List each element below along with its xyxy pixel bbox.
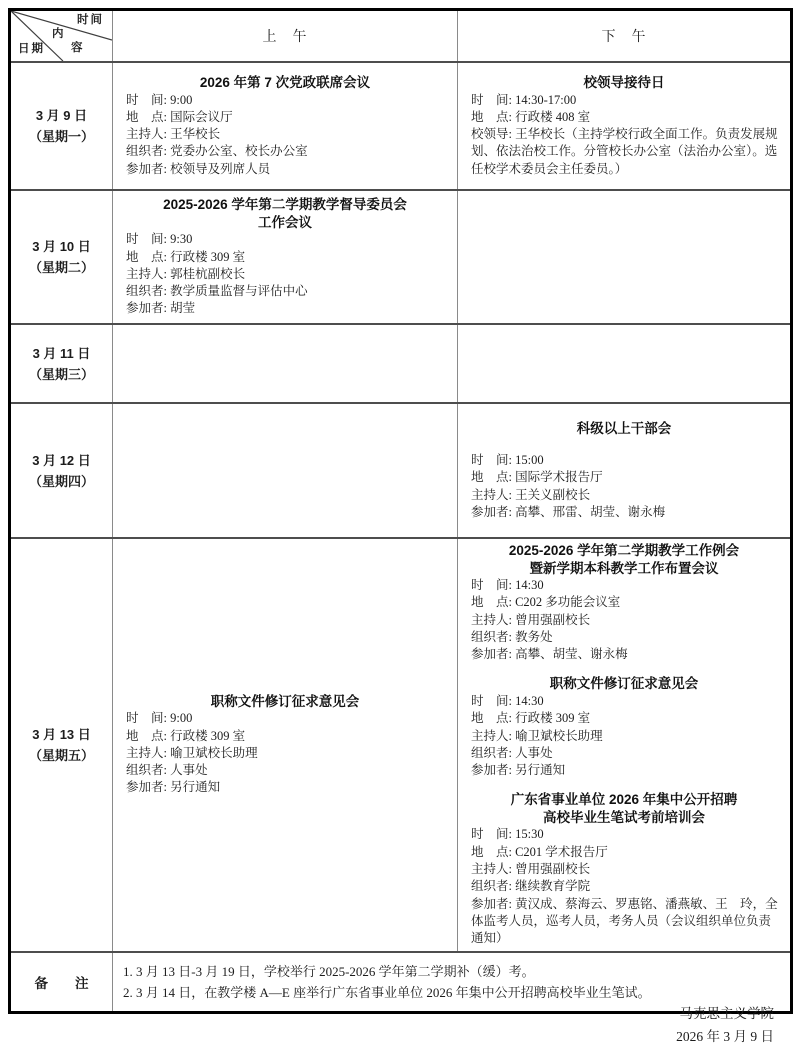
meeting-detail-line: 时 间: 14:30: [462, 693, 786, 710]
cell-content: 科级以上干部会时 间: 15:00地 点: 国际学术报告厅主持人: 王关义副校长…: [458, 417, 790, 525]
corner-label-date: 日期: [18, 43, 45, 56]
meeting-block: 职称文件修订征求意见会时 间: 14:30地 点: 行政楼 309 室主持人: …: [462, 675, 786, 779]
meeting-detail-line: 组织者: 继续教育学院: [462, 878, 786, 895]
meeting-detail-line: 时 间: 9:30: [117, 231, 453, 248]
date-line: （星期一）: [11, 126, 112, 147]
cell-content: [113, 361, 457, 367]
corner-label-time: 时间: [77, 14, 104, 27]
cell-content: [458, 254, 790, 260]
table-row: 3 月 10 日（星期二）2025-2026 学年第二学期教学督导委员会工作会议…: [10, 190, 792, 324]
afternoon-cell: 校领导接待日时 间: 14:30-17:00地 点: 行政楼 408 室校领导:…: [458, 62, 792, 190]
meeting-detail-line: 参加者: 校领导及列席人员: [117, 161, 453, 178]
meeting-block: 2026 年第 7 次党政联席会议时 间: 9:00地 点: 国际会议厅主持人:…: [117, 74, 453, 178]
meeting-block: 2025-2026 学年第二学期教学督导委员会工作会议时 间: 9:30地 点:…: [117, 196, 453, 317]
date-line: 3 月 12 日: [11, 450, 112, 471]
meeting-block: 职称文件修订征求意见会时 间: 9:00地 点: 行政楼 309 室主持人: 喻…: [117, 693, 453, 797]
date-line: 3 月 13 日: [11, 724, 112, 745]
afternoon-cell: 科级以上干部会时 间: 15:00地 点: 国际学术报告厅主持人: 王关义副校长…: [458, 403, 792, 538]
table-row: 3 月 12 日（星期四）科级以上干部会时 间: 15:00地 点: 国际学术报…: [10, 403, 792, 538]
meeting-detail-line: 组织者: 人事处: [117, 762, 453, 779]
meeting-block: 广东省事业单位 2026 年集中公开招聘高校毕业生笔试考前培训会时 间: 15:…: [462, 791, 786, 947]
meeting-detail-line: 组织者: 党委办公室、校长办公室: [117, 143, 453, 160]
meeting-block: 2025-2026 学年第二学期教学工作例会暨新学期本科教学工作布置会议时 间:…: [462, 542, 786, 663]
meeting-title: 职称文件修订征求意见会: [462, 675, 786, 693]
cell-content: 2026 年第 7 次党政联席会议时 间: 9:00地 点: 国际会议厅主持人:…: [113, 71, 457, 181]
meeting-detail-line: 地 点: 国际学术报告厅: [462, 469, 786, 486]
meeting-title: 2026 年第 7 次党政联席会议: [117, 74, 453, 92]
date-cell: 3 月 10 日（星期二）: [10, 190, 113, 324]
meeting-detail-line: 组织者: 人事处: [462, 745, 786, 762]
corner-cell: 时间 内 容 日期: [10, 10, 113, 63]
meeting-detail-line: 地 点: 行政楼 309 室: [117, 728, 453, 745]
morning-cell: 职称文件修订征求意见会时 间: 9:00地 点: 行政楼 309 室主持人: 喻…: [113, 538, 458, 952]
morning-cell: [113, 324, 458, 403]
meeting-detail-line: 主持人: 曾用强副校长: [462, 612, 786, 629]
header-row: 时间 内 容 日期 上 午 下 午: [10, 10, 792, 63]
meeting-title: 校领导接待日: [462, 74, 786, 92]
meeting-detail-line: 地 点: 行政楼 408 室: [462, 109, 786, 126]
morning-cell: [113, 403, 458, 538]
date-line: 3 月 9 日: [11, 105, 112, 126]
meeting-detail-line: 校领导: 王华校长（主持学校行政全面工作。负责发展规划、依法治校工作。分管校长办…: [462, 126, 786, 178]
corner-label-content-top: 内: [52, 28, 64, 41]
meeting-title: 2025-2026 学年第二学期教学工作例会: [462, 542, 786, 560]
meeting-detail-line: 组织者: 教务处: [462, 629, 786, 646]
table-row: 3 月 13 日（星期五）职称文件修订征求意见会时 间: 9:00地 点: 行政…: [10, 538, 792, 952]
meeting-detail-line: 时 间: 14:30-17:00: [462, 92, 786, 109]
notes-lines: 1. 3 月 13 日-3 月 19 日，学校举行 2025-2026 学年第二…: [113, 957, 790, 1007]
cell-content: 职称文件修订征求意见会时 间: 9:00地 点: 行政楼 309 室主持人: 喻…: [113, 690, 457, 800]
afternoon-cell: [458, 324, 792, 403]
cell-content: 2025-2026 学年第二学期教学督导委员会工作会议时 间: 9:30地 点:…: [113, 193, 457, 320]
meeting-title: 科级以上干部会: [462, 420, 786, 438]
column-header-afternoon: 下 午: [458, 10, 792, 63]
date-line: （星期四）: [11, 471, 112, 492]
meeting-detail-line: 参加者: 黄汉成、蔡海云、罗惠铭、潘燕敏、王 玲，全体监考人员，巡考人员，考务人…: [462, 896, 786, 948]
schedule-body: 3 月 9 日（星期一）2026 年第 7 次党政联席会议时 间: 9:00地 …: [10, 62, 792, 952]
meeting-detail-line: 参加者: 胡莹: [117, 300, 453, 317]
meeting-detail-line: 地 点: 行政楼 309 室: [117, 249, 453, 266]
date-line: （星期五）: [11, 745, 112, 766]
meeting-detail-line: 主持人: 曾用强副校长: [462, 861, 786, 878]
meeting-block: 校领导接待日时 间: 14:30-17:00地 点: 行政楼 408 室校领导:…: [462, 74, 786, 178]
date-cell: 3 月 12 日（星期四）: [10, 403, 113, 538]
note-line: 1. 3 月 13 日-3 月 19 日，学校举行 2025-2026 学年第二…: [123, 961, 780, 982]
meeting-title: 高校毕业生笔试考前培训会: [462, 809, 786, 827]
cell-content: [458, 361, 790, 367]
date-cell: 3 月 9 日（星期一）: [10, 62, 113, 190]
morning-cell: 2025-2026 学年第二学期教学督导委员会工作会议时 间: 9:30地 点:…: [113, 190, 458, 324]
meeting-detail-line: 地 点: 行政楼 309 室: [462, 710, 786, 727]
corner-label-content-bottom: 容: [71, 42, 83, 55]
meeting-detail-line: 时 间: 9:00: [117, 710, 453, 727]
date-cell: 3 月 11 日（星期三）: [10, 324, 113, 403]
meeting-detail-line: 参加者: 高攀、胡莹、谢永梅: [462, 646, 786, 663]
meeting-detail-line: 主持人: 王华校长: [117, 126, 453, 143]
meeting-detail-line: 时 间: 15:30: [462, 826, 786, 843]
meeting-detail-line: 主持人: 郭桂杭副校长: [117, 266, 453, 283]
cell-content: 2025-2026 学年第二学期教学工作例会暨新学期本科教学工作布置会议时 间:…: [458, 539, 790, 951]
meeting-title: 2025-2026 学年第二学期教学督导委员会: [117, 196, 453, 214]
meeting-detail-line: 主持人: 王关义副校长: [462, 487, 786, 504]
meeting-detail-line: 主持人: 喻卫斌校长助理: [117, 745, 453, 762]
meeting-detail-line: 参加者: 高攀、邢雷、胡莹、谢永梅: [462, 504, 786, 521]
date-line: （星期三）: [11, 364, 112, 385]
date-line: 3 月 11 日: [11, 343, 112, 364]
meeting-block: 科级以上干部会时 间: 15:00地 点: 国际学术报告厅主持人: 王关义副校长…: [462, 420, 786, 522]
meeting-detail-line: 地 点: C201 学术报告厅: [462, 844, 786, 861]
meeting-detail-line: 主持人: 喻卫斌校长助理: [462, 728, 786, 745]
meeting-title: 广东省事业单位 2026 年集中公开招聘: [462, 791, 786, 809]
meeting-title: 暨新学期本科教学工作布置会议: [462, 560, 786, 578]
table-row: 3 月 11 日（星期三）: [10, 324, 792, 403]
column-header-morning: 上 午: [113, 10, 458, 63]
meeting-detail-line: 地 点: 国际会议厅: [117, 109, 453, 126]
table-row: 3 月 9 日（星期一）2026 年第 7 次党政联席会议时 间: 9:00地 …: [10, 62, 792, 190]
cell-content: [113, 468, 457, 474]
schedule-table: 时间 内 容 日期 上 午 下 午 3 月 9 日（星期一）2026 年第 7 …: [8, 8, 793, 1014]
meeting-detail-line: 时 间: 14:30: [462, 577, 786, 594]
date-cell: 3 月 13 日（星期五）: [10, 538, 113, 952]
meeting-detail-line: 时 间: 15:00: [462, 452, 786, 469]
notes-row: 备 注 1. 3 月 13 日-3 月 19 日，学校举行 2025-2026 …: [10, 952, 792, 1013]
footer-org: 马克思主义学院: [676, 1002, 774, 1025]
meeting-detail-line: 时 间: 9:00: [117, 92, 453, 109]
meeting-detail-line: 组织者: 教学质量监督与评估中心: [117, 283, 453, 300]
footer-signature: 马克思主义学院 2026 年 3 月 9 日: [676, 1002, 774, 1048]
date-line: （星期二）: [11, 257, 112, 278]
afternoon-cell: 2025-2026 学年第二学期教学工作例会暨新学期本科教学工作布置会议时 间:…: [458, 538, 792, 952]
meeting-title: 工作会议: [117, 214, 453, 232]
note-line: 2. 3 月 14 日，在教学楼 A—E 座举行广东省事业单位 2026 年集中…: [123, 982, 780, 1003]
notes-label: 备 注: [10, 952, 113, 1013]
meeting-detail-line: 地 点: C202 多功能会议室: [462, 594, 786, 611]
date-line: 3 月 10 日: [11, 236, 112, 257]
afternoon-cell: [458, 190, 792, 324]
meeting-detail-line: 参加者: 另行通知: [117, 779, 453, 796]
meeting-detail-line: 参加者: 另行通知: [462, 762, 786, 779]
meeting-title: 职称文件修订征求意见会: [117, 693, 453, 711]
schedule-sheet: 时间 内 容 日期 上 午 下 午 3 月 9 日（星期一）2026 年第 7 …: [0, 0, 798, 1048]
footer-date: 2026 年 3 月 9 日: [676, 1025, 774, 1048]
cell-content: 校领导接待日时 间: 14:30-17:00地 点: 行政楼 408 室校领导:…: [458, 71, 790, 181]
morning-cell: 2026 年第 7 次党政联席会议时 间: 9:00地 点: 国际会议厅主持人:…: [113, 62, 458, 190]
